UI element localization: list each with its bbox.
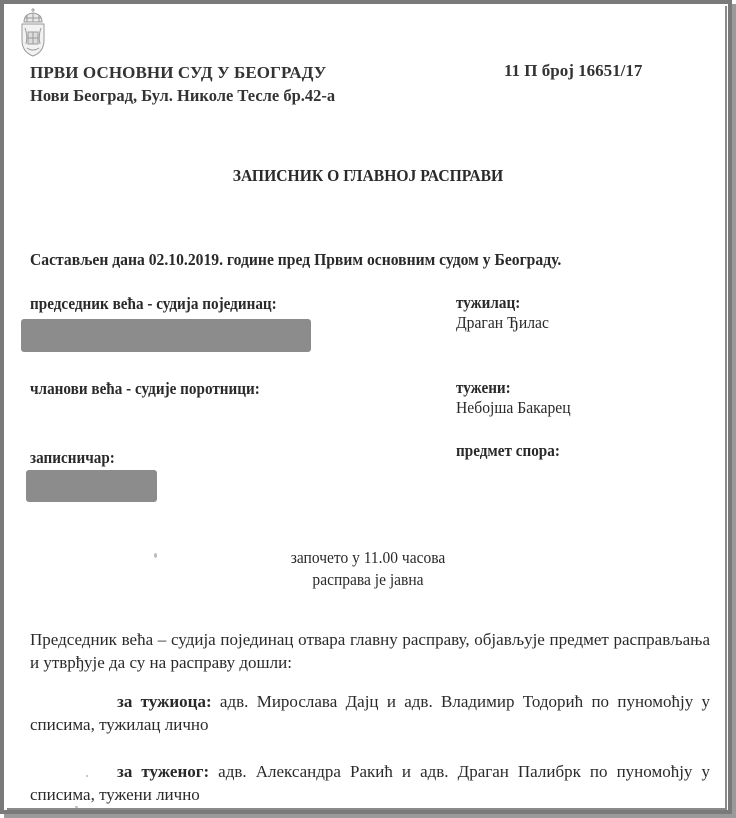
defendant-name: Небојша Бакарец xyxy=(456,398,571,418)
plaintiff-representation: за тужиоца: адв. Мирослава Дајц и адв. В… xyxy=(30,690,710,736)
plaintiff-label: тужилац: xyxy=(456,293,520,313)
redacted-judge-name xyxy=(21,319,311,352)
intro-paragraph: Председник већа – судија појединац отвар… xyxy=(30,628,710,674)
document-title: ЗАПИСНИК О ГЛАВНОЈ РАСПРАВИ xyxy=(29,166,706,186)
composed-line: Састављен дана 02.10.2019. године пред П… xyxy=(30,250,561,270)
serbian-coat-of-arms-icon xyxy=(18,6,48,58)
session-public: расправа је јавна xyxy=(22,570,714,590)
defendant-representation-label: за туженог: xyxy=(117,762,209,781)
redacted-clerk-name xyxy=(26,470,157,502)
defendant-representation: за туженог: адв. Александра Ракић и адв.… xyxy=(30,760,710,806)
frame-shadow-right xyxy=(732,4,736,818)
scan-speck xyxy=(75,806,78,808)
session-start: започето у 11.00 часова xyxy=(22,548,714,568)
presiding-judge-label: председник већа - судија појединац: xyxy=(30,294,277,314)
jury-members-label: чланови већа - судије поротници: xyxy=(30,379,260,399)
plaintiff-representation-label: за тужиоца: xyxy=(117,692,212,711)
dispute-subject-label: предмет спора: xyxy=(456,441,560,461)
defendant-label: тужени: xyxy=(456,378,511,398)
scan-speck xyxy=(154,553,157,558)
case-number: 11 П број 16651/17 xyxy=(504,61,642,81)
court-address: Нови Београд, Бул. Николе Тесле бр.42-а xyxy=(30,86,335,106)
plaintiff-name: Драган Ђилас xyxy=(456,313,549,333)
frame-shadow-bottom xyxy=(4,814,736,818)
court-name: ПРВИ ОСНОВНИ СУД У БЕОГРАДУ xyxy=(30,63,326,83)
scan-speck xyxy=(86,775,88,777)
clerk-label: записничар: xyxy=(30,448,115,468)
